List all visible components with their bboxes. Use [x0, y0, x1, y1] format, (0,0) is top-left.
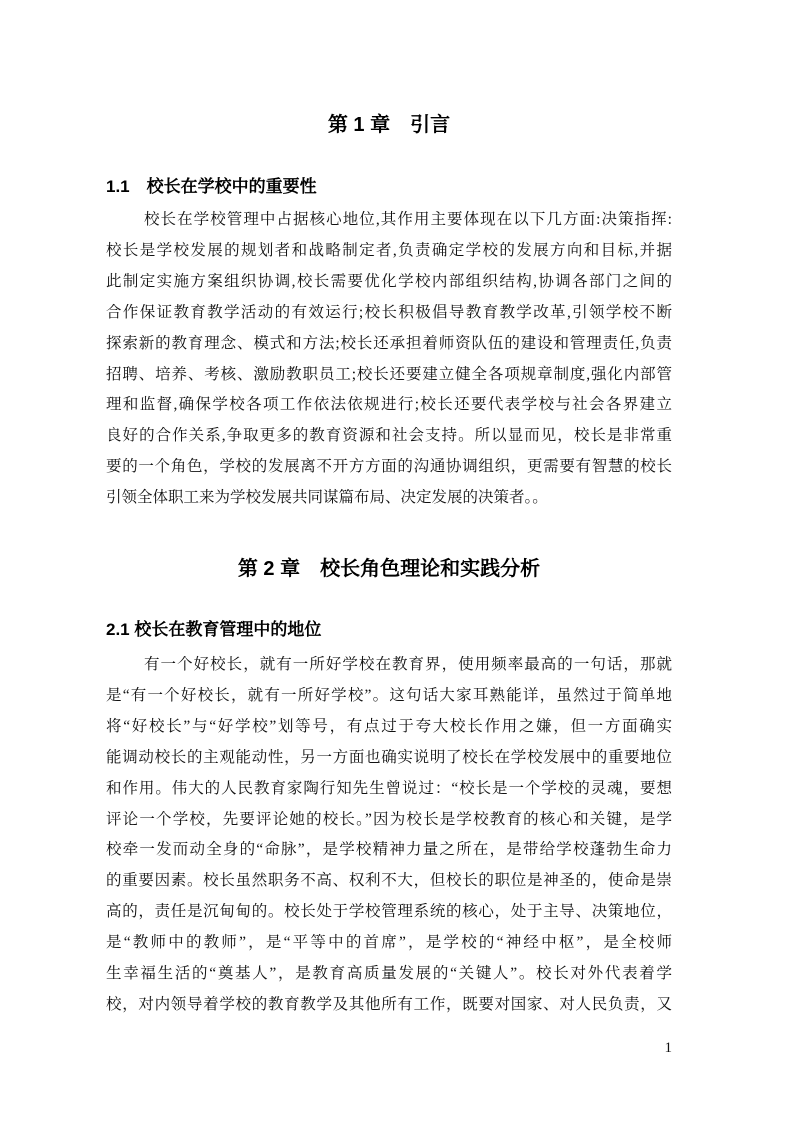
chapter-2-title: 第 2 章 校长角色理论和实践分析 — [106, 556, 672, 582]
text-line: 理和监督,确保学校各项工作依法依规进行;校长还要代表学校与社会各界建立 — [106, 390, 672, 421]
text-line: 合作保证教育教学活动的有效运行;校长积极倡导教育教学改革,引领学校不断 — [106, 298, 672, 329]
page-number: 1 — [106, 1040, 672, 1057]
text-line: 的重要因素。校长虽然职务不高、权利不大，但校长的职位是神圣的，使命是崇 — [106, 866, 672, 897]
text-line: 校长在学校管理中占据核心地位,其作用主要体现在以下几方面:决策指挥: — [106, 205, 672, 236]
section-heading-2-1: 2.1 校长在教育管理中的地位 — [106, 619, 672, 641]
text-line: 校，对内领导着学校的教育教学及其他所有工作，既要对国家、对人民负责，又 — [106, 990, 672, 1021]
text-line: 招聘、培养、考核、激励教职员工;校长还要建立健全各项规章制度,强化内部管 — [106, 360, 672, 391]
section-heading-1-1: 1.1 校长在学校中的重要性 — [106, 176, 672, 198]
text-line: 评论一个学校，先要评论她的校长。”因为校长是学校教育的核心和关键，是学 — [106, 805, 672, 836]
text-line: 校长是学校发展的规划者和战略制定者,负责确定学校的发展方向和目标,并据 — [106, 236, 672, 267]
text-line: 生幸福生活的“奠基人”，是教育高质量发展的“关键人”。校长对外代表着学 — [106, 959, 672, 990]
chapter-1-title: 第 1 章 引言 — [106, 112, 672, 138]
document-page: 第 1 章 引言 1.1 校长在学校中的重要性 校长在学校管理中占据核心地位,其… — [0, 0, 793, 1122]
text-line: 和作用。伟大的人民教育家陶行知先生曾说过：“校长是一个学校的灵魂，要想 — [106, 774, 672, 805]
paragraph-chapter2: 有一个好校长，就有一所好学校在教育界，使用频率最高的一句话，那就是“有一个好校长… — [106, 650, 672, 1021]
text-line: 将“好校长”与“好学校”划等号，有点过于夸大校长作用之嫌，但一方面确实 — [106, 712, 672, 743]
text-line: 此制定实施方案组织协调,校长需要优化学校内部组织结构,协调各部门之间的 — [106, 267, 672, 298]
text-line: 高的，责任是沉甸甸的。校长处于学校管理系统的核心，处于主导、决策地位， — [106, 897, 672, 928]
text-line: 校牵一发而动全身的“命脉”，是学校精神力量之所在，是带给学校蓬勃生命力 — [106, 835, 672, 866]
text-line: 探索新的教育理念、模式和方法;校长还承担着师资队伍的建设和管理责任,负责 — [106, 329, 672, 360]
text-line: 要的一个角色，学校的发展离不开方方面的沟通协调组织，更需要有智慧的校长 — [106, 452, 672, 483]
text-line: 引领全体职工来为学校发展共同谋篇布局、决定发展的决策者。。 — [106, 483, 672, 514]
text-line: 是“教师中的教师”，是“平等中的首席”，是学校的“神经中枢”，是全校师 — [106, 928, 672, 959]
text-line: 能调动校长的主观能动性，另一方面也确实说明了校长在学校发展中的重要地位 — [106, 743, 672, 774]
text-line: 良好的合作关系,争取更多的教育资源和社会支持。所以显而见，校长是非常重 — [106, 421, 672, 452]
text-line: 是“有一个好校长，就有一所好学校”。这句话大家耳熟能详，虽然过于简单地 — [106, 681, 672, 712]
text-line: 有一个好校长，就有一所好学校在教育界，使用频率最高的一句话，那就 — [106, 650, 672, 681]
paragraph-chapter1: 校长在学校管理中占据核心地位,其作用主要体现在以下几方面:决策指挥:校长是学校发… — [106, 205, 672, 514]
